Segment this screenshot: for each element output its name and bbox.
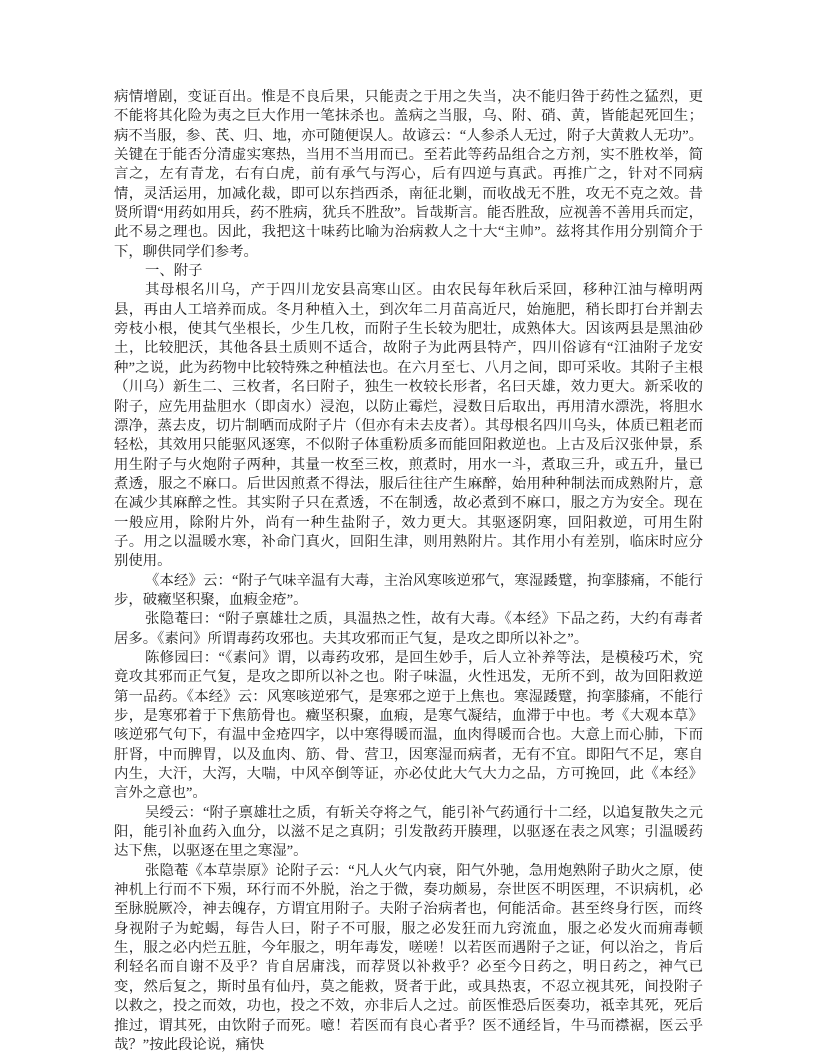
paragraph-zhang-yinan-quote: 张隐菴曰：“附子禀雄壮之质，具温热之性，故有大毒。《本经》下品之药，大约有毒者居… [114,610,703,649]
paragraph-wu-shou-quote: 吴绶云：“附子禀雄壮之质，有斩关夺将之气，能引补气药通行十二经，以追复散失之元阳… [114,804,703,862]
paragraph-fuzi-origin-and-processing: 其母根名川乌，产于四川龙安县高寒山区。由农民每年秋后采回，移种江油与樟明两县，再… [114,281,703,571]
section-heading-fuzi: 一、附子 [114,262,703,281]
document-text-block: 病情增剧，变证百出。惟是不良后果，只能责之于用之失当，决不能归咎于药性之猛烈，更… [114,88,703,1055]
paragraph-bencao-chongyuan-quote: 张隐菴《本草崇原》论附子云：“凡人火气内衰，阳气外驰，急用炮熟附子助火之原，使神… [114,862,703,1055]
paragraph-chen-xiuyuan-quote: 陈修园曰：“《素问》谓，以毒药攻邪，是回生妙手，后人立补养等法，是模稜巧术，究竟… [114,649,703,804]
document-page: 病情增剧，变证百出。惟是不良后果，只能责之于用之失当，决不能归咎于药性之猛烈，更… [0,0,816,1056]
paragraph-intro-ten-marshals: 病情增剧，变证百出。惟是不良后果，只能责之于用之失当，决不能归咎于药性之猛烈，更… [114,88,703,262]
paragraph-benjing-quote: 《本经》云：“附子气味辛温有大毒，主治风寒咳逆邪气，寒湿踒躄，拘挛膝痛，不能行步… [114,572,703,611]
